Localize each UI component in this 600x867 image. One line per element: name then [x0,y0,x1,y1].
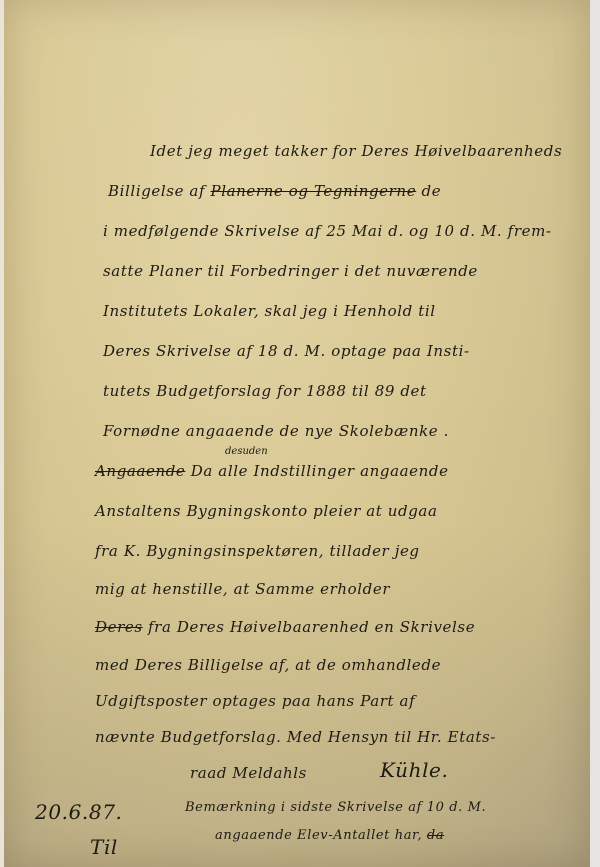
ps-line-2: angaaende Elev-Antallet har, da [215,828,444,843]
struck-text: da [427,828,444,843]
text: Da alle Indstillinger angaaende [185,462,448,480]
body-line-9: Angaaende Da alle Indstillinger angaaend… [95,462,449,480]
body-line-12: mig at henstille, at Samme erholder [95,580,390,598]
text: de [416,182,441,200]
body-line-3: i medfølgende Skrivelse af 25 Mai d. og … [103,222,552,240]
insertion-desuden: desuden [225,446,268,457]
struck-text: Angaaende [95,462,185,480]
body-line-5: Institutets Lokaler, skal jeg i Henhold … [103,302,436,320]
body-line-7: tutets Budgetforslag for 1888 til 89 det [103,382,427,400]
body-line-8: Fornødne angaaende de nye Skolebænke . [103,422,449,440]
struck-text: Planerne og Tegningerne [211,182,417,200]
text: fra Deres Høivelbaarenhed en Skrivelse [143,618,476,636]
text: Billigelse af [108,182,211,200]
date: 20.6.87. [35,800,123,824]
body-line-14: med Deres Billigelse af, at de omhandled… [95,656,441,674]
ps-line-1: Bemærkning i sidste Skrivelse af 10 d. M… [185,800,486,815]
body-line-15: Udgiftsposter optages paa hans Part af [95,692,415,710]
body-line-17: raad Meldahls [190,764,307,782]
body-line-10: Anstaltens Bygningskonto pleier at udgaa [95,502,438,520]
struck-text: Deres [95,618,143,636]
body-line-1: Idet jeg meget takker for Deres Høivelba… [150,142,562,160]
body-line-2: Billigelse af Planerne og Tegningerne de [108,182,441,200]
page-edge [590,0,600,867]
addressee-til: Til [90,835,118,859]
signature: Kühle. [380,758,448,782]
body-line-16: nævnte Budgetforslag. Med Hensyn til Hr.… [95,728,496,746]
body-line-6: Deres Skrivelse af 18 d. M. optage paa I… [103,342,470,360]
text: angaaende Elev-Antallet har, [215,828,427,843]
body-line-4: satte Planer til Forbedringer i det nuvæ… [103,262,478,280]
body-line-13: Deres fra Deres Høivelbaarenhed en Skriv… [95,618,475,636]
body-line-11: fra K. Bygningsinspektøren, tillader jeg [95,542,420,560]
